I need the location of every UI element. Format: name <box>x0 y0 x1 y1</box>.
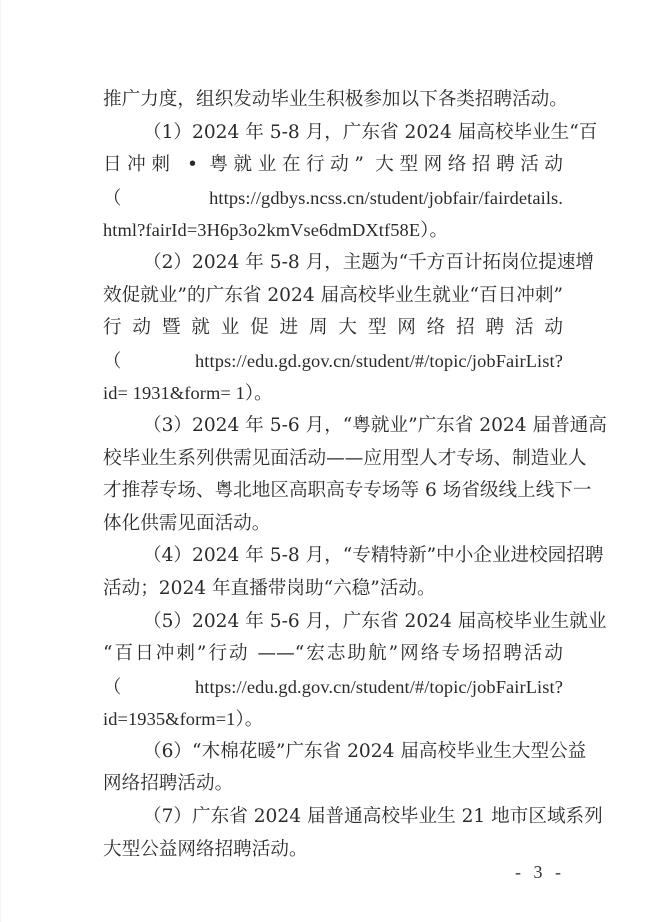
item-7-line: 大型公益网络招聘活动。 <box>103 834 563 867</box>
item-2-url-link[interactable]: （https://edu.gd.gov.cn/student/#/topic/j… <box>103 345 563 378</box>
item-5-line: “百日冲刺”行动 ——“宏志助航”网络专场招聘活动 <box>103 638 563 671</box>
item-5-url-link[interactable]: （https://edu.gd.gov.cn/student/#/topic/j… <box>103 671 563 704</box>
item-5-url-link[interactable]: id=1935&form=1）。 <box>103 703 563 736</box>
item-3-line: （3）2024 年 5-6 月，“粤就业”广东省 2024 届普通高 <box>103 410 563 443</box>
item-2-line: 行动暨就业促进周大型网络招聘活动 <box>103 312 563 345</box>
document-body: 推广力度，组织发动毕业生积极参加以下各类招聘活动。 （1）2024 年 5-8 … <box>103 84 563 866</box>
item-3-line: 校毕业生系列供需见面活动——应用型人才专场、制造业人 <box>103 443 563 476</box>
item-5-line: （5）2024 年 5-6 月，广东省 2024 届高校毕业生就业 <box>103 606 563 639</box>
item-6-line: 网络招聘活动。 <box>103 768 563 801</box>
text-line: 推广力度，组织发动毕业生积极参加以下各类招聘活动。 <box>103 84 563 117</box>
item-2-line: （2）2024 年 5-8 月，主题为“千方百计拓岗位提速增 <box>103 247 563 280</box>
item-4-line: （4）2024 年 5-8 月，“专精特新”中小企业进校园招聘 <box>103 540 563 573</box>
item-3-line: 体化供需见面活动。 <box>103 508 563 541</box>
item-3-line: 才推荐专场、粤北地区高职高专专场等 6 场省级线上线下一 <box>103 475 563 508</box>
item-2-url-link[interactable]: id= 1931&form= 1）。 <box>103 377 563 410</box>
item-1-line: 日冲刺 • 粤就业在行动” 大型网络招聘活动 <box>103 149 563 182</box>
item-4-line: 活动；2024 年直播带岗助“六稳”活动。 <box>103 573 563 606</box>
item-1-url-link[interactable]: （https://gdbys.ncss.cn/student/jobfair/f… <box>103 182 563 215</box>
page-edge <box>0 0 2 922</box>
item-7-line: （7）广东省 2024 届普通高校毕业生 21 地市区域系列 <box>103 801 563 834</box>
item-1-url-link[interactable]: html?fairId=3H6p3o2kmVse6dmDXtf58E）。 <box>103 214 563 247</box>
item-1-line: （1）2024 年 5-8 月，广东省 2024 届高校毕业生“百 <box>103 117 563 150</box>
item-2-line: 效促就业”的广东省 2024 届高校毕业生就业“百日冲刺” <box>103 280 563 313</box>
item-6-line: （6）“木棉花暖”广东省 2024 届高校毕业生大型公益 <box>103 736 563 769</box>
page-number: - 3 - <box>515 862 565 883</box>
